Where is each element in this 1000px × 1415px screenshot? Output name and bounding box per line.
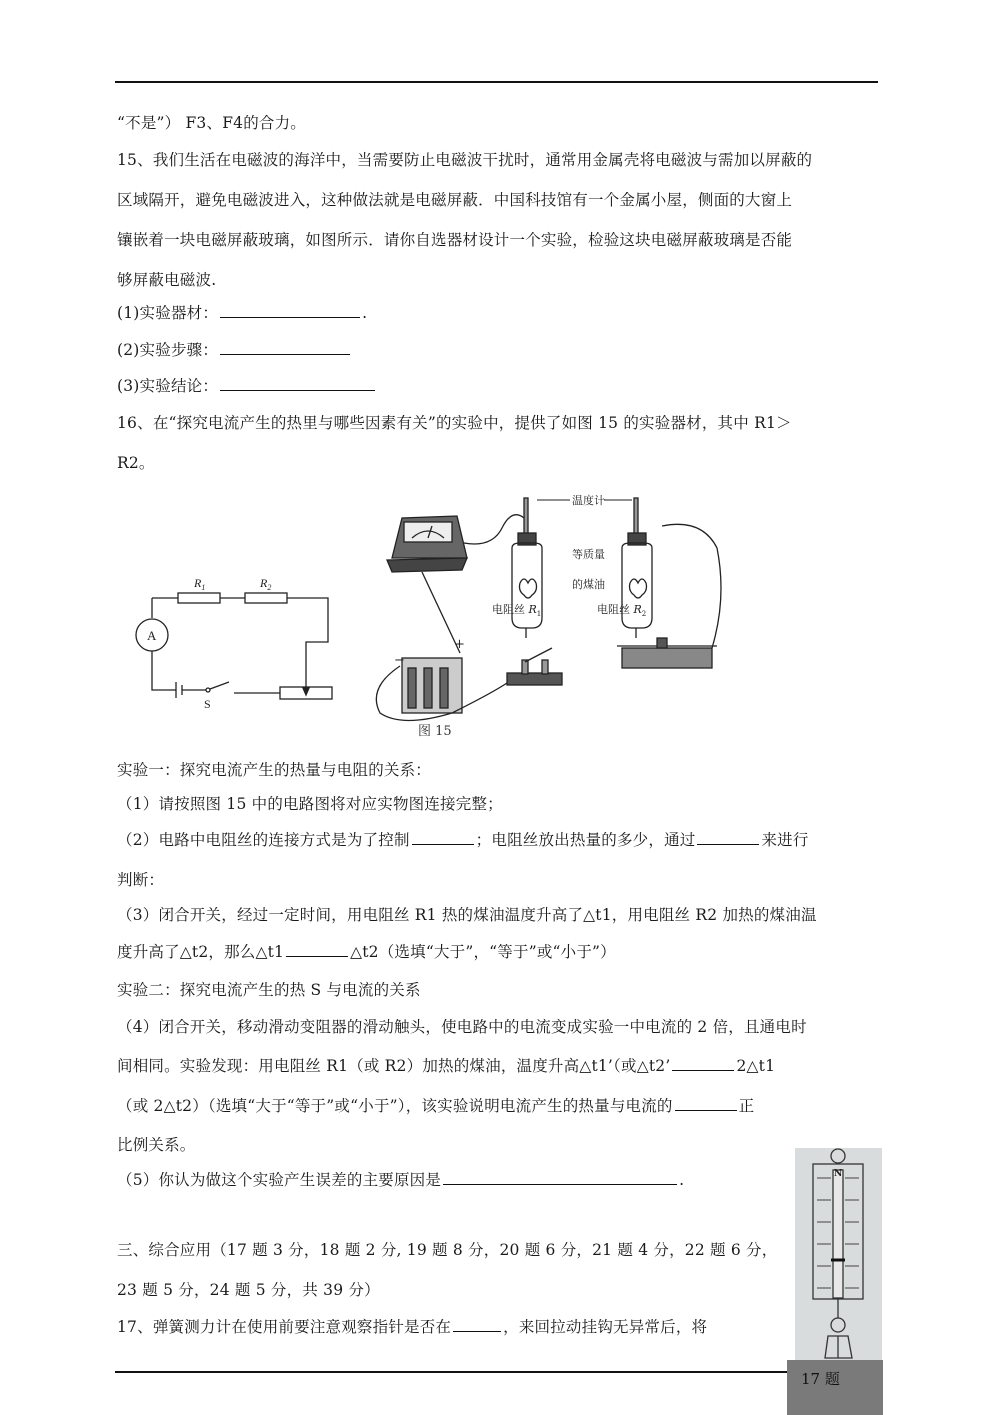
q15-item1-suffix: .: [362, 304, 367, 322]
q5-reason-blank[interactable]: [443, 1170, 677, 1185]
figure-caption: 图 15: [418, 720, 452, 739]
wire-r2-label: 电阻丝 R2: [597, 602, 646, 618]
exp1-q1: （1）请按照图 15 中的电路图将对应实物图连接完整；: [117, 794, 503, 814]
q2-text-b: ；电阻丝放出热量的多少，通过: [476, 831, 696, 849]
section3-line2: 23 题 5 分，24 题 5 分，共 39 分）: [117, 1280, 380, 1300]
scale-unit: N: [834, 1169, 842, 1179]
exp2-q4-line1: （4）闭合开关，移动滑动变阻器的滑动触头，使电路中的电流变成实验一中电流的 2 …: [117, 1017, 807, 1037]
kerosene-label: 的煤油: [572, 577, 605, 591]
q4-text-d: 正: [739, 1097, 755, 1115]
wire-r1-label: 电阻丝 R1: [492, 602, 541, 618]
q2-text-c: 来进行: [761, 831, 808, 849]
q15-text-line4: 够屏蔽电磁波.: [117, 270, 216, 290]
q15-item-materials: (1)实验器材：.: [117, 303, 367, 323]
q15-text-line2: 区域隔开，避免电磁波进入，这种做法就是电磁屏蔽．中国科技馆有一个金属小屋，侧面的…: [117, 190, 792, 210]
exp1-q3-line2: 度升高了△t2，那么△t1△t2（选填“大于”，“等于”或“小于”）: [117, 942, 616, 962]
q17-text-a: 17、弹簧测力计在使用前要注意观察指针是否在: [117, 1318, 451, 1336]
q5-text-b: .: [679, 1171, 684, 1189]
battery-minus: −: [394, 653, 405, 668]
ammeter-label: A: [147, 628, 157, 643]
q17-text-b: ，来回拉动挂钩无异常后，将: [503, 1318, 707, 1336]
r1-label: R1: [193, 576, 205, 592]
exp2-q4-cont: 比例关系。: [117, 1135, 196, 1155]
exp1-q3-line1: （3）闭合开关，经过一定时间，用电阻丝 R1 热的煤油温度升高了△t1，用电阻丝…: [117, 905, 817, 925]
q15-text-line3: 镶嵌着一块电磁屏蔽玻璃，如图所示．请你自选器材设计一个实验，检验这块电磁屏蔽玻璃…: [117, 230, 792, 250]
equal-mass-label: 等质量: [572, 547, 605, 561]
q4-compare-blank[interactable]: [672, 1056, 734, 1071]
q15-text-line1: 15、我们生活在电磁波的海洋中，当需要防止电磁波干扰时，通常用金属壳将电磁波与需…: [117, 150, 812, 170]
exp2-title: 实验二：探究电流产生的热 S 与电流的关系: [117, 980, 421, 1000]
q16-intro-line1: 16、在“探究电流产生的热里与哪些因素有关”的实验中，提供了如图 15 的实验器…: [117, 413, 792, 433]
exp2-q5: （5）你认为做这个实验产生误差的主要原因是.: [117, 1170, 684, 1190]
exp1-q2-cont: 判断：: [117, 870, 164, 890]
q4-text-c: （或 2△t2）（选填“大于“等于”或“小于”），该实验说明电流产生的热量与电流…: [117, 1097, 673, 1115]
exp2-q4-line2: 间相同。实验发现：用电阻丝 R1（或 R2）加热的煤油，温度升高△t1’（或△t…: [117, 1056, 775, 1076]
q4-relation-blank[interactable]: [675, 1096, 737, 1111]
q15-item-steps: (2)实验步骤：: [117, 340, 352, 360]
q2-text-a: （2）电路中电阻丝的连接方式是为了控制: [117, 831, 410, 849]
battery-plus: +: [454, 637, 465, 652]
q15-item-conclusion: (3)实验结论：: [117, 376, 377, 396]
r2-label: R2: [259, 576, 271, 592]
thermometer-label: 温度计: [572, 493, 605, 507]
figure-17-label: 17 题: [801, 1368, 840, 1389]
q4-text-a: 间相同。实验发现：用电阻丝 R1（或 R2）加热的煤油，温度升高△t1’（或△t…: [117, 1057, 670, 1075]
exp1-title: 实验一：探究电流产生的热量与电阻的关系：: [117, 760, 431, 780]
q16-intro-line2: R2。: [117, 453, 155, 473]
q4-text-b: 2△t1: [736, 1057, 775, 1075]
exp2-q4-line3: （或 2△t2）（选填“大于“等于”或“小于”），该实验说明电流产生的热量与电流…: [117, 1096, 754, 1116]
q3-compare-blank[interactable]: [286, 942, 348, 957]
header-rule: [115, 81, 878, 83]
apparatus-diagram: 温度计 等质量 的煤油 电阻丝 R1 电阻丝 R2 + −: [372, 488, 742, 740]
q3-text-a: 度升高了△t2，那么△t1: [117, 943, 284, 961]
q14-tail: “不是”） F3、F4的合力。: [117, 113, 306, 133]
section3-line1: 三、综合应用（17 题 3 分，18 题 2 分, 19 题 8 分，20 题 …: [117, 1240, 777, 1260]
q15-steps-blank[interactable]: [220, 340, 350, 355]
q2-judge-blank[interactable]: [697, 830, 759, 845]
q5-text-a: （5）你认为做这个实验产生误差的主要原因是: [117, 1171, 441, 1189]
q17-zero-blank[interactable]: [453, 1317, 501, 1332]
exp1-q2: （2）电路中电阻丝的连接方式是为了控制；电阻丝放出热量的多少，通过来进行: [117, 830, 809, 850]
figure-17-label-box: 17 题: [787, 1360, 883, 1415]
q15-conclusion-blank[interactable]: [220, 376, 375, 391]
q15-item2-label: (2)实验步骤：: [117, 341, 218, 359]
q15-item3-label: (3)实验结论：: [117, 377, 218, 395]
q3-text-b: △t2（选填“大于”，“等于”或“小于”）: [350, 943, 616, 961]
q2-control-blank[interactable]: [412, 830, 474, 845]
footer-rule: [115, 1371, 787, 1373]
spring-scale-icon: N: [795, 1148, 882, 1360]
q17-line1: 17、弹簧测力计在使用前要注意观察指针是否在，来回拉动挂钩无异常后，将: [117, 1317, 707, 1337]
switch-label: S: [204, 697, 211, 711]
q15-materials-blank[interactable]: [220, 303, 360, 318]
spring-scale-photo: N: [795, 1148, 882, 1360]
circuit-diagram: R1 R2 A S: [120, 540, 350, 720]
q15-item1-label: (1)实验器材：: [117, 304, 218, 322]
